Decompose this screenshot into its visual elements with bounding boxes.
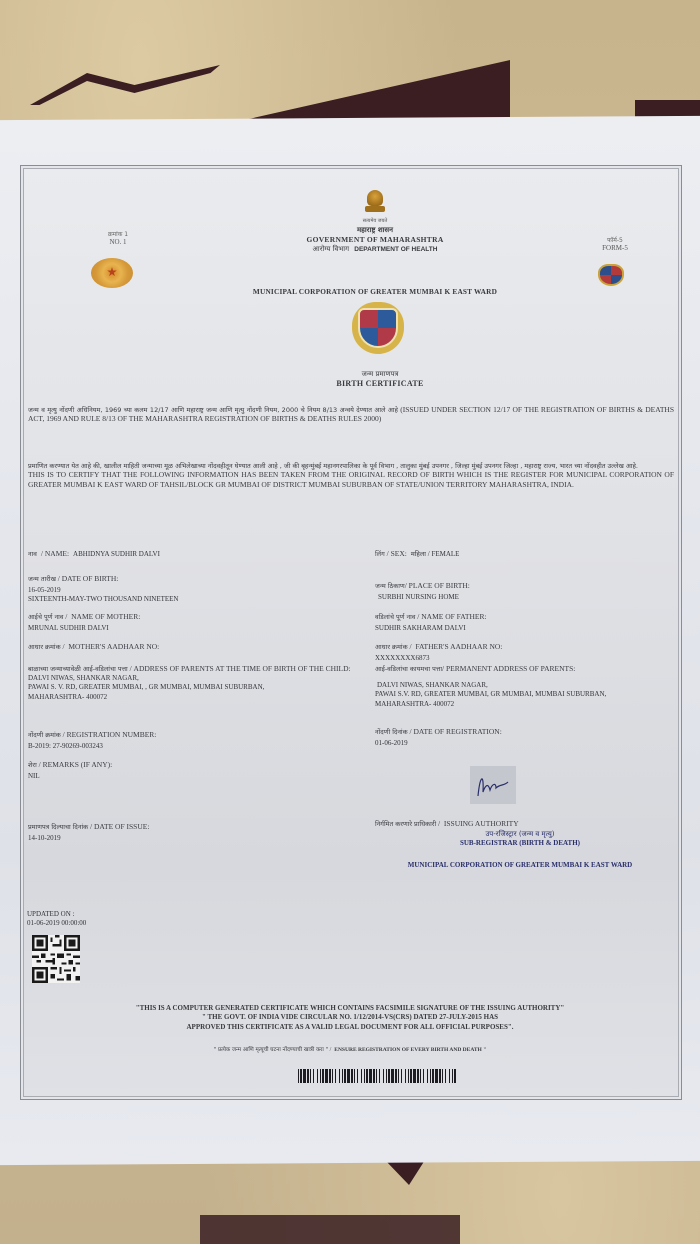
form-label-mr: फॉर्म-5 — [595, 236, 635, 244]
address-birth-line: PAWAI S. V. RD, GREATER MUMBAI, , GR MUM… — [28, 683, 373, 692]
field-remarks: शेरा / REMARKS (IF ANY): NIL — [28, 754, 368, 781]
address-birth-label: ADDRESS OF PARENTS AT THE TIME OF BIRTH … — [134, 664, 351, 673]
certification-mr: प्रमाणित करण्यात येत आहे की, खालील माहित… — [28, 462, 674, 470]
field-sex: लिंग / SEX: महिला / FEMALE — [375, 543, 675, 561]
national-emblem-icon — [363, 190, 387, 216]
sub-registrar-mr: उप-रजिस्ट्रार (जन्म व मृत्यु) — [420, 830, 620, 839]
pob-label-mr: जन्म ठिकाण — [375, 582, 405, 590]
address-birth-line: DALVI NIWAS, SHANKAR NAGAR, — [28, 674, 373, 683]
field-registration-date: नोंदणी दिनांक / DATE OF REGISTRATION: 01… — [375, 721, 675, 748]
dob-words: SIXTEENTH-MAY-TWO THOUSAND NINETEEN — [28, 595, 368, 604]
fabric-pattern — [200, 1215, 460, 1244]
field-mother-name: आईचे पूर्ण नाव / NAME OF MOTHER: MRUNAL … — [28, 606, 368, 633]
field-father-aadhaar: आधार क्रमांक / FATHER'S AADHAAR NO: XXXX… — [375, 636, 675, 663]
signature-image — [470, 766, 516, 804]
updated-on: UPDATED ON : 01-06-2019 00:00:00 — [27, 910, 177, 929]
mother-label: NAME OF MOTHER: — [71, 612, 140, 621]
slogan-en: ENSURE REGISTRATION OF EVERY BIRTH AND D… — [334, 1047, 486, 1053]
field-issue-date: प्रमाणपत्र दिल्याचा दिनांक / DATE OF ISS… — [28, 816, 368, 843]
issue-date-label-mr: प्रमाणपत्र दिल्याचा दिनांक — [28, 823, 88, 831]
corporation-header: MUNICIPAL CORPORATION OF GREATER MUMBAI … — [150, 287, 600, 296]
legal-notice: जन्म व मृत्यु नोंदणी अधिनियम, 1969 च्या … — [28, 405, 674, 424]
footer-slogan: " प्रत्येक जन्म आणि मृत्यूची घटना नोंदण्… — [80, 1045, 620, 1053]
government-en: GOVERNMENT OF MAHARASHTRA — [250, 235, 500, 244]
barcode-icon — [298, 1069, 458, 1083]
perm-address-label: PERMANENT ADDRESS OF PARENTS: — [446, 664, 575, 673]
dob-value: 16-05-2019 — [28, 586, 368, 595]
reg-number-label-mr: नोंदणी क्रमांक — [28, 731, 61, 739]
number-label-mr: क्रमांक 1 — [88, 230, 148, 238]
remarks-value: NIL — [28, 772, 368, 781]
field-dob: जन्म तारीख / DATE OF BIRTH: 16-05-2019 S… — [28, 568, 368, 605]
fabric-pattern — [385, 1160, 425, 1185]
father-label-mr: वडिलांचे पूर्ण नाव — [375, 613, 415, 621]
form-label-en: FORM-5 — [595, 244, 635, 252]
reg-date-value: 01-06-2019 — [375, 739, 675, 748]
remarks-label: REMARKS (IF ANY): — [43, 760, 113, 769]
father-label: NAME OF FATHER: — [421, 612, 486, 621]
field-father-name: वडिलांचे पूर्ण नाव / NAME OF FATHER: SUD… — [375, 606, 675, 633]
footer-notice: "THIS IS A COMPUTER GENERATED CERTIFICAT… — [60, 1004, 640, 1032]
certificate-title: जन्म प्रमाणपत्र BIRTH CERTIFICATE — [300, 370, 460, 388]
mother-value: MRUNAL SUDHIR DALVI — [28, 624, 368, 633]
sex-label-mr: लिंग — [375, 550, 385, 558]
field-address-at-birth: बाळाच्या जन्माच्यावेळी आई-वडिलांचा पत्ता… — [28, 664, 373, 702]
field-place-of-birth: जन्म ठिकाण/ PLACE OF BIRTH: SURBHI NURSI… — [375, 575, 675, 602]
dob-label: DATE OF BIRTH: — [62, 574, 119, 583]
field-permanent-address: आई-वडिलांचा कायमचा पत्ता/ PERMANENT ADDR… — [375, 664, 675, 709]
government-mr: महाराष्ट्र शासन — [250, 226, 500, 235]
father-aadhaar-value: XXXXXXXX6873 — [375, 654, 675, 663]
perm-address-label-mr: आई-वडिलांचा कायमचा पत्ता — [375, 665, 442, 673]
form-label: फॉर्म-5 FORM-5 — [595, 236, 635, 252]
name-label-mr: नाव — [28, 550, 37, 558]
slogan-mr: " प्रत्येक जन्म आणि मृत्यूची घटना नोंदण्… — [214, 1047, 328, 1053]
mother-aadhaar-label: MOTHER'S AADHAAR NO: — [68, 642, 159, 651]
footer-line: " THE GOVT. OF INDIA VIDE CIRCULAR NO. 1… — [60, 1013, 640, 1022]
legal-notice-mr: जन्म व मृत्यु नोंदणी अधिनियम, 1969 च्या … — [28, 406, 398, 414]
reg-date-label: DATE OF REGISTRATION: — [413, 727, 501, 736]
emblem-caption: सत्यमेव जयते — [340, 218, 410, 224]
reg-date-label-mr: नोंदणी दिनांक — [375, 728, 408, 736]
issuing-authority-label: निर्गमित करणारे प्राधिकारी / ISSUING AUT… — [375, 813, 675, 831]
reg-number-value: B-2019: 27-90269-003243 — [28, 742, 368, 751]
father-aadhaar-label: FATHER'S AADHAAR NO: — [415, 642, 502, 651]
sex-label: SEX: — [391, 549, 407, 558]
department-mr: आरोग्य विभाग — [313, 245, 349, 253]
issue-date-value: 14-10-2019 — [28, 834, 368, 843]
footer-line: APPROVED THIS CERTIFICATE AS A VALID LEG… — [60, 1023, 640, 1032]
sex-value: FEMALE — [431, 550, 459, 558]
footer-line: "THIS IS A COMPUTER GENERATED CERTIFICAT… — [60, 1004, 640, 1013]
number-label-en: NO. 1 — [88, 238, 148, 246]
pob-value: SURBHI NURSING HOME — [375, 593, 675, 602]
department-en: DEPARTMENT OF HEALTH — [354, 246, 437, 253]
perm-address-line: PAWAI S.V. RD, GREATER MUMBAI, GR MUMBAI… — [375, 690, 675, 699]
fabric-pattern — [30, 65, 220, 105]
father-aadhaar-label-mr: आधार क्रमांक — [375, 643, 408, 651]
father-value: SUDHIR SAKHARAM DALVI — [375, 624, 675, 633]
dob-label-mr: जन्म तारीख — [28, 575, 56, 583]
bmc-crest-small-icon — [598, 264, 624, 286]
updated-value: 01-06-2019 00:00:00 — [27, 919, 177, 928]
issue-date-label: DATE OF ISSUE: — [94, 822, 149, 831]
field-mother-aadhaar: आधार क्रमांक / MOTHER'S AADHAAR NO: — [28, 636, 368, 654]
sub-registrar-en: SUB-REGISTRAR (BIRTH & DEATH) — [420, 839, 620, 847]
title-mr: जन्म प्रमाणपत्र — [300, 370, 460, 379]
bmc-crest-icon — [352, 302, 404, 354]
remarks-label-mr: शेरा — [28, 761, 37, 769]
sex-value-mr: महिला — [411, 550, 426, 558]
address-birth-label-mr: बाळाच्या जन्माच्यावेळी आई-वडिलांचा पत्ता — [28, 665, 128, 673]
name-label: NAME: — [45, 549, 69, 558]
mother-aadhaar-label-mr: आधार क्रमांक — [28, 643, 61, 651]
number-label: क्रमांक 1 NO. 1 — [88, 230, 148, 246]
authority-label-mr: निर्गमित करणारे प्राधिकारी — [375, 820, 436, 828]
perm-address-line: MAHARASHTRA- 400072 — [375, 700, 675, 709]
address-birth-line: MAHARASHTRA- 400072 — [28, 693, 373, 702]
certification-text: प्रमाणित करण्यात येत आहे की, खालील माहित… — [28, 462, 674, 489]
title-en: BIRTH CERTIFICATE — [300, 379, 460, 388]
updated-label: UPDATED ON : — [27, 910, 177, 919]
perm-address-line: DALVI NIWAS, SHANKAR NAGAR, — [375, 681, 675, 690]
mother-label-mr: आईचे पूर्ण नाव — [28, 613, 63, 621]
authority-label: ISSUING AUTHORITY — [444, 819, 519, 828]
sub-registrar-title: उप-रजिस्ट्रार (जन्म व मृत्यु) SUB-REGIST… — [420, 830, 620, 847]
slogan-separator: / — [328, 1047, 333, 1053]
qr-code-icon — [32, 935, 80, 983]
field-registration-number: नोंदणी क्रमांक / REGISTRATION NUMBER: B-… — [28, 724, 368, 751]
name-value: ABHIDNYA SUDHIR DALVI — [73, 550, 160, 558]
field-name: नाव / NAME: ABHIDNYA SUDHIR DALVI — [28, 543, 368, 561]
government-header: महाराष्ट्र शासन GOVERNMENT OF MAHARASHTR… — [250, 226, 500, 254]
reg-number-label: REGISTRATION NUMBER: — [67, 730, 157, 739]
pob-label: PLACE OF BIRTH: — [409, 581, 470, 590]
certification-en: THIS IS TO CERTIFY THAT THE FOLLOWING IN… — [28, 470, 674, 489]
authority-corporation: MUNICIPAL CORPORATION OF GREATER MUMBAI … — [370, 861, 670, 869]
maharashtra-seal-icon — [91, 258, 133, 288]
